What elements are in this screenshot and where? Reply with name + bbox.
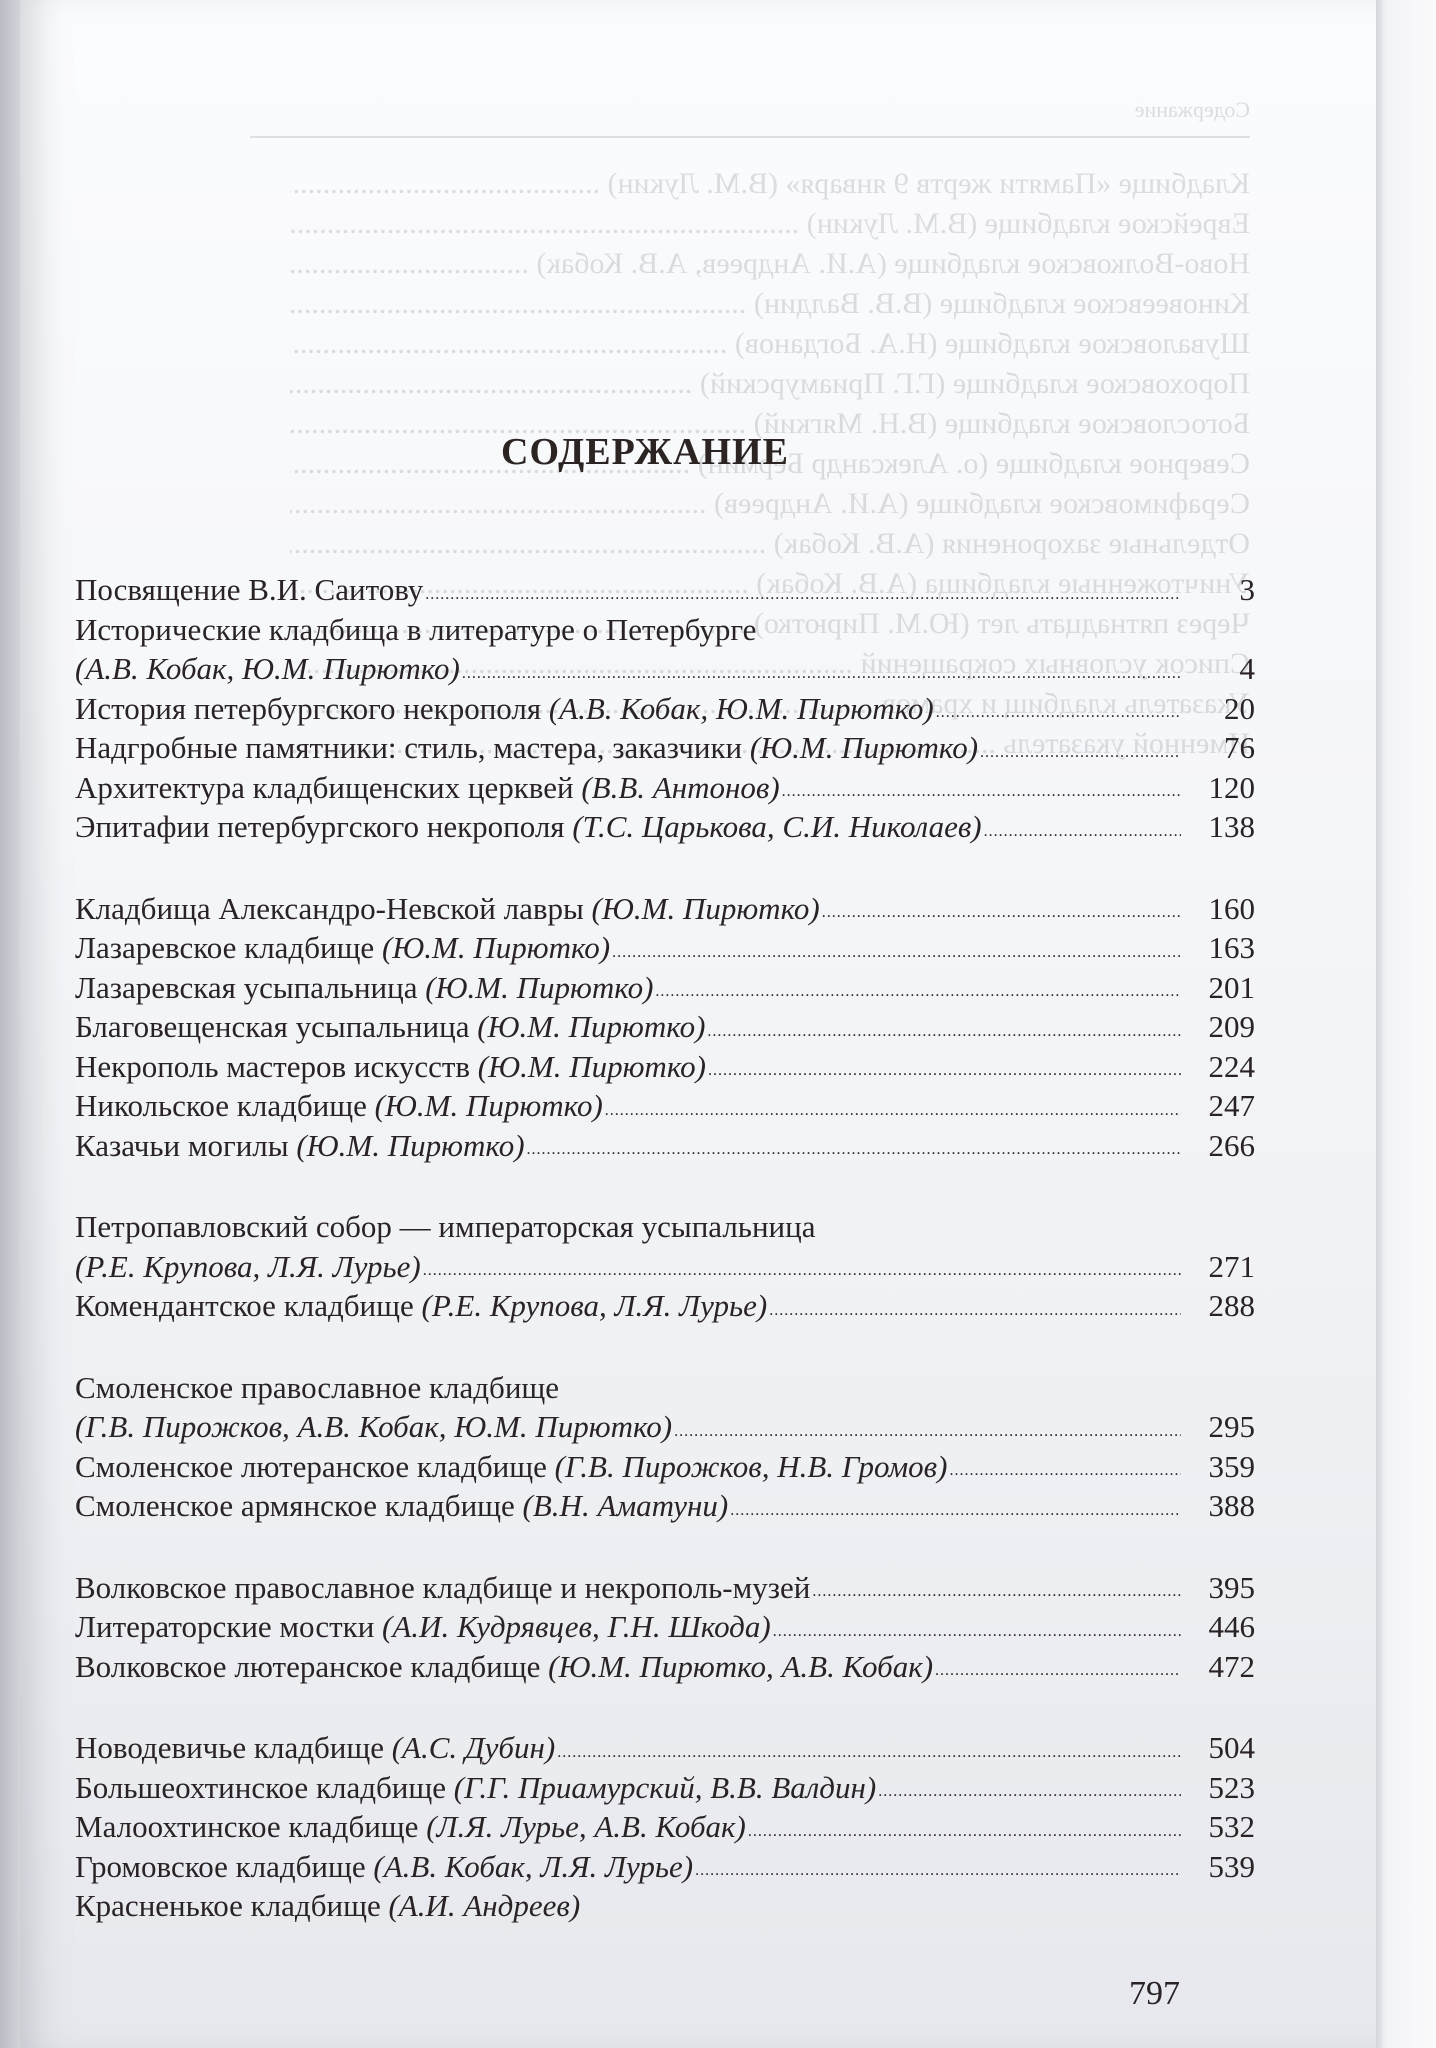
entry-title: Посвящение В.И. Саитову xyxy=(75,572,423,607)
entry-authors: (А.И. Андреев) xyxy=(388,1888,580,1923)
entry-page-number: 3 xyxy=(1191,570,1255,610)
entry-title: Литераторские мостки xyxy=(75,1609,374,1644)
entry-page-number: 20 xyxy=(1191,689,1255,729)
entry-authors: (Ю.М. Пирютко) xyxy=(750,730,978,765)
toc-entry[interactable]: Благовещенская усыпальница (Ю.М. Пирютко… xyxy=(75,1007,1255,1047)
toc-entry-text: Посвящение В.И. Саитову xyxy=(75,570,423,610)
entry-title: Лазаревская усыпальница xyxy=(75,970,417,1005)
entry-page-number: 295 xyxy=(1191,1407,1255,1447)
toc-entry-text: История петербургского некрополя (А.В. К… xyxy=(75,689,934,729)
entry-authors: (Ю.М. Пирютко) xyxy=(296,1128,524,1163)
entry-page-number: 388 xyxy=(1191,1486,1255,1526)
toc-entry[interactable]: Литераторские мостки (А.И. Кудрявцев, Г.… xyxy=(75,1607,1255,1647)
toc-entry-text: Громовское кладбище (А.В. Кобак, Л.Я. Лу… xyxy=(75,1847,693,1887)
toc-section: Новодевичье кладбище (А.С. Дубин)504Боль… xyxy=(75,1728,1255,1926)
entry-title: Благовещенская усыпальница xyxy=(75,1009,469,1044)
entry-title: Красненькое кладбище xyxy=(75,1888,381,1923)
toc-entry-text: Литераторские мостки (А.И. Кудрявцев, Г.… xyxy=(75,1607,771,1647)
toc-entry[interactable]: Волковское православное кладбище и некро… xyxy=(75,1568,1255,1608)
toc-entry-text: Лазаревская усыпальница (Ю.М. Пирютко) xyxy=(75,968,653,1008)
toc-entry-text: (А.В. Кобак, Ю.М. Пирютко) xyxy=(75,649,460,689)
toc-entry[interactable]: Лазаревская усыпальница (Ю.М. Пирютко)20… xyxy=(75,968,1255,1008)
dot-leader xyxy=(708,1060,1181,1082)
toc-entry[interactable]: Смоленское православное кладбище xyxy=(75,1368,1255,1408)
toc-section: Посвящение В.И. Саитову3Исторические кла… xyxy=(75,570,1255,847)
dot-leader xyxy=(674,1421,1181,1443)
dot-leader xyxy=(423,1260,1181,1282)
dot-leader xyxy=(980,742,1181,764)
toc-entry[interactable]: (Г.В. Пирожков, А.В. Кобак, Ю.М. Пирютко… xyxy=(75,1407,1255,1447)
toc-section: Смоленское православное кладбище(Г.В. Пи… xyxy=(75,1368,1255,1526)
toc-entry[interactable]: Красненькое кладбище (А.И. Андреев) xyxy=(75,1886,1255,1926)
entry-authors: (Г.В. Пирожков, А.В. Кобак, Ю.М. Пирютко… xyxy=(75,1409,672,1444)
entry-page-number: 160 xyxy=(1191,889,1255,929)
entry-authors: (Р.Е. Крупова, Л.Я. Лурье) xyxy=(422,1288,768,1323)
toc-entry-text: Волковское православное кладбище и некро… xyxy=(75,1568,810,1608)
toc-entry-text: Надгробные памятники: стиль, мастера, за… xyxy=(75,728,978,768)
show-through-line: Шуваловское кладбище (Н.А. Богданов) xyxy=(290,324,1250,364)
dot-leader xyxy=(949,1460,1181,1482)
entry-authors: (Г.Г. Приамурский, В.В. Валдин) xyxy=(454,1770,876,1805)
entry-page-number: 120 xyxy=(1191,768,1255,808)
dot-leader xyxy=(612,942,1181,964)
entry-title: Некрополь мастеров искусств xyxy=(75,1049,470,1084)
entry-title: Смоленское лютеранское кладбище xyxy=(75,1449,547,1484)
entry-title: Надгробные памятники: стиль, мастера, за… xyxy=(75,730,742,765)
dot-leader xyxy=(812,1581,1181,1603)
entry-page-number: 539 xyxy=(1191,1847,1255,1887)
toc-entry[interactable]: Малоохтинское кладбище (Л.Я. Лурье, А.В.… xyxy=(75,1807,1255,1847)
toc-entry[interactable]: История петербургского некрополя (А.В. К… xyxy=(75,689,1255,729)
entry-page-number: 446 xyxy=(1191,1607,1255,1647)
entry-page-number: 4 xyxy=(1191,649,1255,689)
toc-entry-text: Волковское лютеранское кладбище (Ю.М. Пи… xyxy=(75,1647,933,1687)
dot-leader xyxy=(527,1139,1181,1161)
dot-leader xyxy=(695,1860,1181,1882)
page-title: СОДЕРЖАНИЕ xyxy=(20,430,1270,474)
toc-entry-text: Смоленское православное кладбище xyxy=(75,1368,559,1408)
entry-page-number: 266 xyxy=(1191,1126,1255,1166)
toc-section: Петропавловский собор — императорская ус… xyxy=(75,1207,1255,1326)
entry-title: Эпитафии петербургского некрополя xyxy=(75,809,565,844)
dot-leader xyxy=(748,1821,1181,1843)
toc-entry[interactable]: Громовское кладбище (А.В. Кобак, Л.Я. Лу… xyxy=(75,1847,1255,1887)
toc-entry[interactable]: Эпитафии петербургского некрополя (Т.С. … xyxy=(75,807,1255,847)
toc-entry-text: Некрополь мастеров искусств (Ю.М. Пирютк… xyxy=(75,1047,706,1087)
entry-authors: (А.В. Кобак, Ю.М. Пирютко) xyxy=(75,651,460,686)
entry-page-number: 523 xyxy=(1191,1768,1255,1808)
entry-page-number: 76 xyxy=(1191,728,1255,768)
entry-page-number: 224 xyxy=(1191,1047,1255,1087)
entry-page-number: 201 xyxy=(1191,968,1255,1008)
show-through-header: Содержание xyxy=(250,90,1250,138)
entry-authors: (А.В. Кобак, Л.Я. Лурье) xyxy=(373,1849,693,1884)
toc-entry-text: Архитектура кладбищенских церквей (В.В. … xyxy=(75,768,780,808)
toc-entry-text: Казачьи могилы (Ю.М. Пирютко) xyxy=(75,1126,525,1166)
dot-leader xyxy=(773,1621,1181,1643)
book-page: Содержание Кладбище «Памяти жертв 9 янва… xyxy=(20,0,1380,2048)
table-of-contents: Посвящение В.И. Саитову3Исторические кла… xyxy=(75,570,1255,1968)
toc-entry[interactable]: (А.В. Кобак, Ю.М. Пирютко)4 xyxy=(75,649,1255,689)
dot-leader xyxy=(936,702,1181,724)
entry-page-number: 271 xyxy=(1191,1247,1255,1287)
entry-authors: (Р.Е. Крупова, Л.Я. Лурье) xyxy=(75,1249,421,1284)
entry-authors: (Ю.М. Пирютко, А.В. Кобак) xyxy=(548,1649,933,1684)
entry-page-number: 288 xyxy=(1191,1286,1255,1326)
toc-entry[interactable]: Посвящение В.И. Саитову3 xyxy=(75,570,1255,610)
dot-leader xyxy=(984,821,1181,843)
toc-entry-text: Эпитафии петербургского некрополя (Т.С. … xyxy=(75,807,982,847)
toc-entry-text: (Р.Е. Крупова, Л.Я. Лурье) xyxy=(75,1247,421,1287)
entry-authors: (Ю.М. Пирютко) xyxy=(425,970,653,1005)
toc-entry-text: Комендантское кладбище (Р.Е. Крупова, Л.… xyxy=(75,1286,767,1326)
entry-authors: (Т.С. Царькова, С.И. Николаев) xyxy=(572,809,981,844)
entry-page-number: 532 xyxy=(1191,1807,1255,1847)
entry-page-number: 209 xyxy=(1191,1007,1255,1047)
entry-authors: (Ю.М. Пирютко) xyxy=(592,891,820,926)
dot-leader xyxy=(462,663,1181,685)
entry-title: Исторические кладбища в литературе о Пет… xyxy=(75,612,756,647)
toc-entry[interactable]: Надгробные памятники: стиль, мастера, за… xyxy=(75,728,1255,768)
dot-leader xyxy=(769,1300,1181,1322)
entry-authors: (А.В. Кобак, Ю.М. Пирютко) xyxy=(549,691,934,726)
show-through-line: Отдельные захоронения (А.В. Кобак) xyxy=(290,524,1250,564)
toc-entry[interactable]: Архитектура кладбищенских церквей (В.В. … xyxy=(75,768,1255,808)
toc-section: Кладбища Александро-Невской лавры (Ю.М. … xyxy=(75,889,1255,1166)
toc-entry-text: Смоленское армянское кладбище (В.Н. Амат… xyxy=(75,1486,728,1526)
dot-leader xyxy=(425,584,1181,606)
entry-authors: (А.И. Кудрявцев, Г.Н. Шкода) xyxy=(382,1609,771,1644)
toc-entry[interactable]: Некрополь мастеров искусств (Ю.М. Пирютк… xyxy=(75,1047,1255,1087)
toc-entry[interactable]: Большеохтинское кладбище (Г.Г. Приамурск… xyxy=(75,1768,1255,1808)
toc-entry[interactable]: Смоленское лютеранское кладбище (Г.В. Пи… xyxy=(75,1447,1255,1487)
dot-leader xyxy=(878,1781,1181,1803)
toc-entry-text: Красненькое кладбище (А.И. Андреев) xyxy=(75,1886,580,1926)
toc-entry[interactable]: Новодевичье кладбище (А.С. Дубин)504 xyxy=(75,1728,1255,1768)
entry-authors: (Ю.М. Пирютко) xyxy=(477,1009,705,1044)
entry-page-number: 395 xyxy=(1191,1568,1255,1608)
entry-authors: (В.В. Антонов) xyxy=(581,770,779,805)
entry-authors: (Г.В. Пирожков, Н.В. Громов) xyxy=(555,1449,948,1484)
dot-leader xyxy=(557,1742,1181,1764)
entry-authors: (Л.Я. Лурье, А.В. Кобак) xyxy=(426,1809,746,1844)
toc-entry[interactable]: Исторические кладбища в литературе о Пет… xyxy=(75,610,1255,650)
toc-entry[interactable]: Петропавловский собор — императорская ус… xyxy=(75,1207,1255,1247)
show-through-line: Ново-Волковское кладбище (А.И. Андреев, … xyxy=(290,244,1250,284)
toc-entry[interactable]: Кладбища Александро-Невской лавры (Ю.М. … xyxy=(75,889,1255,929)
entry-page-number: 504 xyxy=(1191,1728,1255,1768)
entry-title: Никольское кладбище xyxy=(75,1088,367,1123)
dot-leader xyxy=(782,781,1181,803)
show-through-line: Серафимовское кладбище (А.И. Андреев) xyxy=(290,484,1250,524)
show-through-line: Еврейское кладбище (В.М. Лукин) xyxy=(290,204,1250,244)
entry-title: Казачьи могилы xyxy=(75,1128,289,1163)
toc-entry-text: Кладбища Александро-Невской лавры (Ю.М. … xyxy=(75,889,820,929)
entry-title: Волковское православное кладбище и некро… xyxy=(75,1570,810,1605)
entry-title: Новодевичье кладбище xyxy=(75,1730,384,1765)
toc-entry-text: Благовещенская усыпальница (Ю.М. Пирютко… xyxy=(75,1007,705,1047)
toc-entry-text: Смоленское лютеранское кладбище (Г.В. Пи… xyxy=(75,1447,947,1487)
toc-entry-text: Петропавловский собор — императорская ус… xyxy=(75,1207,815,1247)
entry-title: Петропавловский собор — императорская ус… xyxy=(75,1209,815,1244)
dot-leader xyxy=(655,981,1181,1003)
dot-leader xyxy=(935,1660,1181,1682)
dot-leader xyxy=(605,1100,1181,1122)
toc-entry-text: Никольское кладбище (Ю.М. Пирютко) xyxy=(75,1086,603,1126)
entry-title: Большеохтинское кладбище xyxy=(75,1770,446,1805)
toc-entry-text: Большеохтинское кладбище (Г.Г. Приамурск… xyxy=(75,1768,876,1808)
toc-entry[interactable]: Лазаревское кладбище (Ю.М. Пирютко)163 xyxy=(75,928,1255,968)
entry-title: Смоленское армянское кладбище xyxy=(75,1488,515,1523)
entry-authors: (Ю.М. Пирютко) xyxy=(375,1088,603,1123)
dot-leader xyxy=(730,1500,1181,1522)
entry-authors: (А.С. Дубин) xyxy=(392,1730,555,1765)
toc-entry[interactable]: (Р.Е. Крупова, Л.Я. Лурье)271 xyxy=(75,1247,1255,1287)
entry-title: Архитектура кладбищенских церквей xyxy=(75,770,574,805)
entry-page-number: 138 xyxy=(1191,807,1255,847)
toc-entry-text: (Г.В. Пирожков, А.В. Кобак, Ю.М. Пирютко… xyxy=(75,1407,672,1447)
dot-leader xyxy=(822,902,1181,924)
show-through-line: Киновеевское кладбище (В.В. Валдин) xyxy=(290,284,1250,324)
toc-entry[interactable]: Казачьи могилы (Ю.М. Пирютко)266 xyxy=(75,1126,1255,1166)
entry-title: Лазаревское кладбище xyxy=(75,930,374,965)
entry-page-number: 163 xyxy=(1191,928,1255,968)
entry-authors: (Ю.М. Пирютко) xyxy=(478,1049,706,1084)
entry-title: Волковское лютеранское кладбище xyxy=(75,1649,540,1684)
toc-entry[interactable]: Комендантское кладбище (Р.Е. Крупова, Л.… xyxy=(75,1286,1255,1326)
entry-title: История петербургского некрополя xyxy=(75,691,541,726)
entry-authors: (В.Н. Аматуни) xyxy=(523,1488,729,1523)
show-through-line: Кладбище «Памяти жертв 9 января» (В.М. Л… xyxy=(290,164,1250,204)
entry-page-number: 247 xyxy=(1191,1086,1255,1126)
entry-page-number: 359 xyxy=(1191,1447,1255,1487)
toc-entry[interactable]: Никольское кладбище (Ю.М. Пирютко)247 xyxy=(75,1086,1255,1126)
entry-title: Смоленское православное кладбище xyxy=(75,1370,559,1405)
dot-leader xyxy=(707,1021,1181,1043)
toc-entry[interactable]: Волковское лютеранское кладбище (Ю.М. Пи… xyxy=(75,1647,1255,1687)
entry-title: Громовское кладбище xyxy=(75,1849,366,1884)
entry-title: Комендантское кладбище xyxy=(75,1288,414,1323)
toc-entry-text: Лазаревское кладбище (Ю.М. Пирютко) xyxy=(75,928,610,968)
entry-page-number: 472 xyxy=(1191,1647,1255,1687)
toc-entry[interactable]: Смоленское армянское кладбище (В.Н. Амат… xyxy=(75,1486,1255,1526)
entry-title: Малоохтинское кладбище xyxy=(75,1809,418,1844)
page-number: 797 xyxy=(1129,1975,1180,2013)
toc-entry-text: Малоохтинское кладбище (Л.Я. Лурье, А.В.… xyxy=(75,1807,746,1847)
toc-section: Волковское православное кладбище и некро… xyxy=(75,1568,1255,1687)
toc-entry-text: Исторические кладбища в литературе о Пет… xyxy=(75,610,756,650)
toc-entry-text: Новодевичье кладбище (А.С. Дубин) xyxy=(75,1728,555,1768)
entry-authors: (Ю.М. Пирютко) xyxy=(382,930,610,965)
show-through-line: Пороховское кладбище (Г.Г. Приамурский) xyxy=(290,364,1250,404)
page-edge xyxy=(1376,0,1382,2048)
entry-title: Кладбища Александро-Невской лавры xyxy=(75,891,584,926)
